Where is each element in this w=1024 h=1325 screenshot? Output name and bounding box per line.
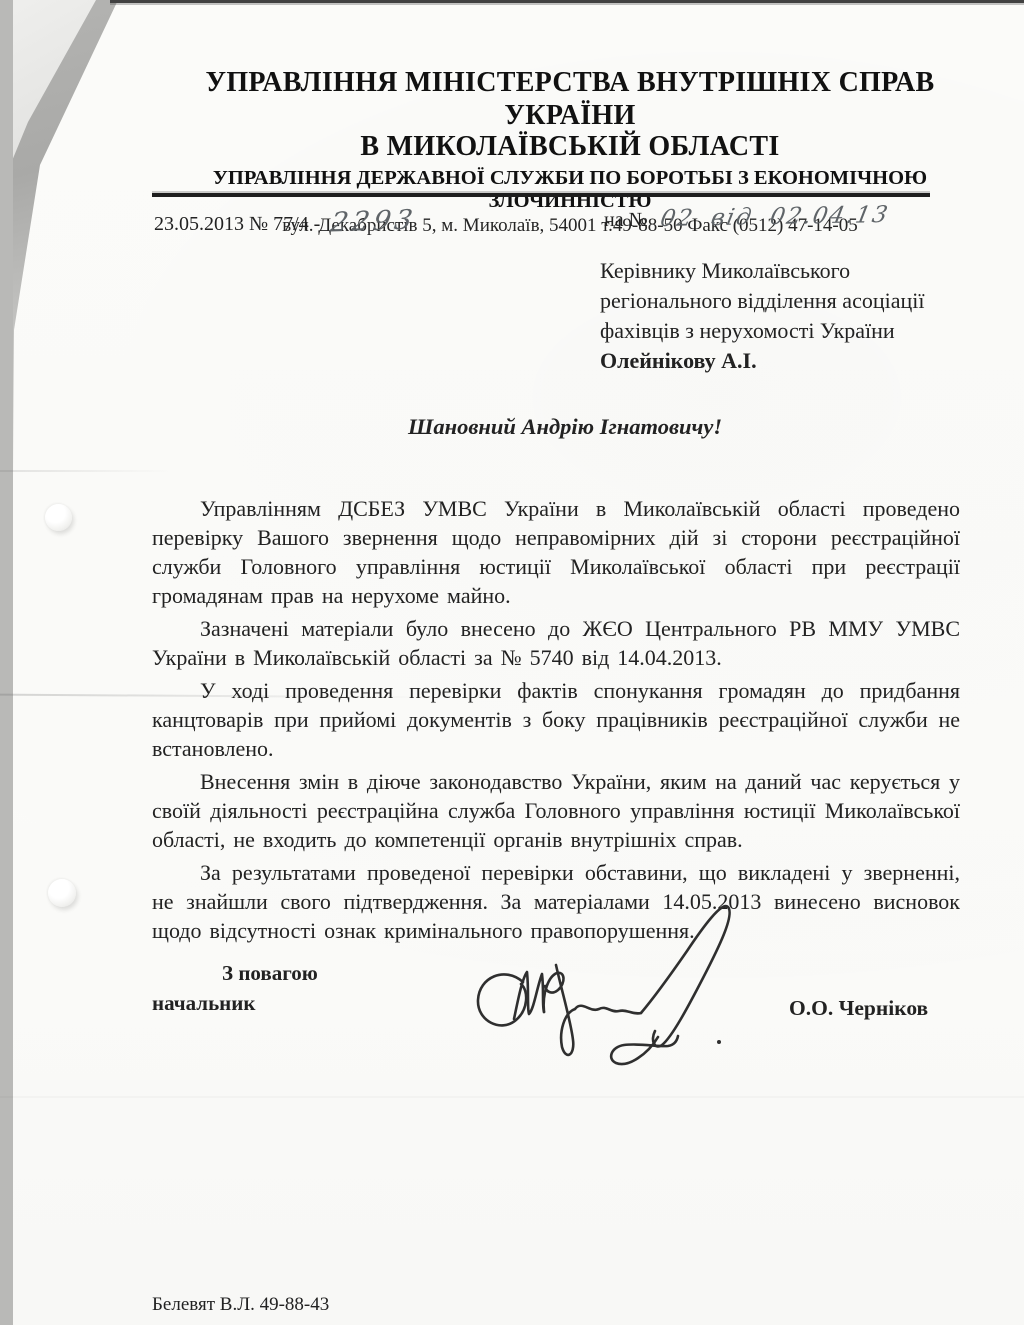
addressee-line-2: регіонального відділення асоціації — [600, 286, 960, 316]
org-name-line2: В МИКОЛАЇВСЬКІЙ ОБЛАСТІ — [142, 132, 998, 162]
punch-hole-bottom — [48, 879, 76, 907]
punch-hole-top — [45, 504, 72, 531]
letterhead-divider — [152, 193, 930, 197]
addressee-name: Олейнікову А.І. — [600, 346, 960, 376]
signer-name: О.О. Черніков — [789, 996, 928, 1021]
paper-crease-upper — [0, 470, 170, 472]
outgoing-number-handwritten: 2293 — [328, 205, 419, 239]
salutation: Шановний Андрію Ігнатовичу! — [408, 414, 722, 440]
closing-respectfully: З повагою — [222, 961, 318, 986]
body-paragraph-2: Зазначені матеріали було внесено до ЖЄО … — [152, 614, 960, 672]
scanned-letter-page: УПРАВЛІННЯ МІНІСТЕРСТВА ВНУТРІШНІХ СПРАВ… — [0, 0, 1024, 1325]
scan-top-edge-shadow — [110, 3, 1024, 5]
outgoing-number-printed: 23.05.2013 № 77/4 - — [154, 213, 320, 235]
incoming-number-label: на № — [604, 209, 648, 231]
incoming-reference: на № 02 від 02.04.13 — [604, 206, 888, 232]
org-name-line1: УПРАВЛІННЯ МІНІСТЕРСТВА ВНУТРІШНІХ СПРАВ… — [142, 66, 998, 132]
addressee-line-3: фахівців з нерухомості України — [600, 316, 960, 346]
body-paragraph-3: У ході проведення перевірки фактів спону… — [152, 676, 960, 763]
body-paragraph-1: Управлінням ДСБЕЗ УМВС України в Миколаї… — [152, 494, 960, 610]
incoming-number-handwritten: 02 від 02.04.13 — [658, 202, 892, 232]
executor-contact: Белевят В.Л. 49-88-43 — [152, 1294, 329, 1316]
addressee-line-1: Керівнику Миколаївського — [600, 256, 960, 286]
scan-left-edge — [0, 0, 13, 1325]
signer-position: начальник — [152, 991, 255, 1016]
outgoing-reference: 23.05.2013 № 77/4 - 2293 — [154, 206, 416, 237]
addressee-block: Керівнику Миколаївського регіонального в… — [600, 256, 960, 376]
body-paragraph-4: Внесення змін в діюче законодавство Укра… — [152, 767, 960, 854]
letter-body: Управлінням ДСБЕЗ УМВС України в Миколаї… — [152, 494, 960, 949]
body-paragraph-5: За результатами проведеної перевірки обс… — [152, 858, 960, 945]
paper-crease-lower — [0, 1096, 1024, 1098]
